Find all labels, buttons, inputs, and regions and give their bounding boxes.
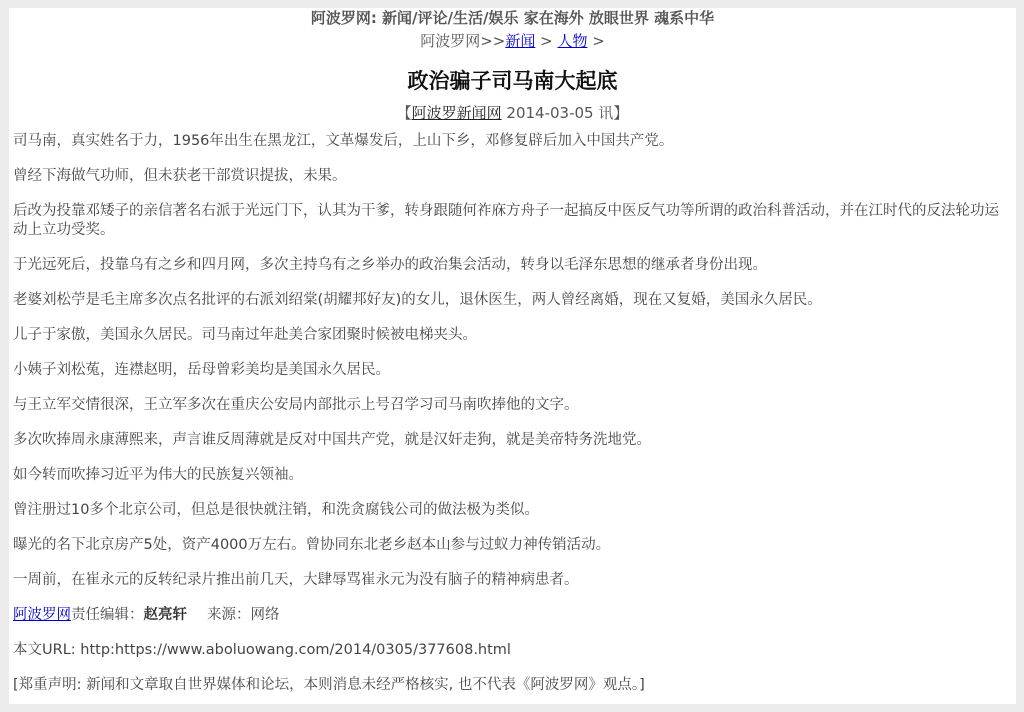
article-date: 2014-03-05 讯	[502, 104, 614, 122]
meta-close-bracket: 】	[613, 104, 628, 122]
editor-line: 阿波罗网责任编辑：赵亮轩来源：网络	[13, 606, 1012, 625]
article-page: 阿波罗网: 新闻/评论/生活/娱乐 家在海外 放眼世界 魂系中华 阿波罗网>>新…	[9, 8, 1016, 704]
disclaimer: [郑重声明: 新闻和文章取自世界媒体和论坛，本则消息未经严格核实, 也不代表《阿…	[13, 676, 1012, 695]
source-link[interactable]: 阿波罗新闻网	[412, 104, 502, 122]
paragraph: 多次吹捧周永康薄熙来，声言谁反周薄就是反对中国共产党，就是汉奸走狗，就是美帝特务…	[13, 431, 1012, 450]
paragraph: 一周前，在崔永元的反转纪录片推出前几天，大肆辱骂崔永元为没有脑子的精神病患者。	[13, 571, 1012, 590]
breadcrumb-link-people[interactable]: 人物	[557, 32, 587, 50]
breadcrumb-root: 阿波罗网>>	[420, 32, 505, 50]
paragraph: 曾经下海做气功师，但未获老干部赏识提拔，未果。	[13, 167, 1012, 186]
breadcrumb-link-news[interactable]: 新闻	[505, 32, 535, 50]
site-header: 阿波罗网: 新闻/评论/生活/娱乐 家在海外 放眼世界 魂系中华	[9, 9, 1016, 27]
breadcrumb-trail: >	[587, 32, 604, 50]
paragraph: 曾注册过10多个北京公司，但总是很快就注销，和洗贪腐钱公司的做法极为类似。	[13, 501, 1012, 520]
paragraph: 司马南，真实姓名于力，1956年出生在黑龙江，文革爆发后，上山下乡，邓修复辟后加…	[13, 132, 1012, 151]
article-title: 政治骗子司马南大起底	[9, 68, 1016, 94]
article-body: 司马南，真实姓名于力，1956年出生在黑龙江，文革爆发后，上山下乡，邓修复辟后加…	[9, 132, 1016, 695]
article-url: 本文URL: http:https://www.aboluowang.com/2…	[13, 641, 1012, 660]
paragraph: 小姨子刘松菟，连襟赵明，岳母曾彩美均是美国永久居民。	[13, 361, 1012, 380]
meta-open-bracket: 【	[397, 104, 412, 122]
paragraph: 曝光的名下北京房产5处，资产4000万左右。曾协同东北老乡赵本山参与过蚁力神传销…	[13, 536, 1012, 555]
editor-label: 责任编辑：	[71, 607, 144, 623]
paragraph: 儿子于家傲，美国永久居民。司马南过年赴美合家团聚时候被电梯夹头。	[13, 326, 1012, 345]
site-home-link[interactable]: 阿波罗网	[13, 607, 71, 623]
paragraph: 与王立军交情很深，王立军多次在重庆公安局内部批示上号召学习司马南吹捧他的文字。	[13, 396, 1012, 415]
editor-name: 赵亮轩	[144, 607, 188, 623]
paragraph: 于光远死后，投靠乌有之乡和四月网，多次主持乌有之乡举办的政治集会活动，转身以毛泽…	[13, 256, 1012, 275]
paragraph: 老婆刘松苧是毛主席多次点名批评的右派刘绍棠(胡耀邦好友)的女儿，退休医生，两人曾…	[13, 291, 1012, 310]
paragraph: 后改为投靠邓矮子的亲信著名右派于光远门下，认其为干爹，转身跟随何祚庥方舟子一起搞…	[13, 202, 1012, 240]
breadcrumb: 阿波罗网>>新闻 > 人物 >	[9, 31, 1016, 51]
article-meta: 【阿波罗新闻网 2014-03-05 讯】	[9, 103, 1016, 123]
breadcrumb-separator: >	[535, 32, 557, 50]
paragraph: 如今转而吹捧习近平为伟大的民族复兴领袖。	[13, 466, 1012, 485]
source-label: 来源：网络	[207, 607, 280, 623]
